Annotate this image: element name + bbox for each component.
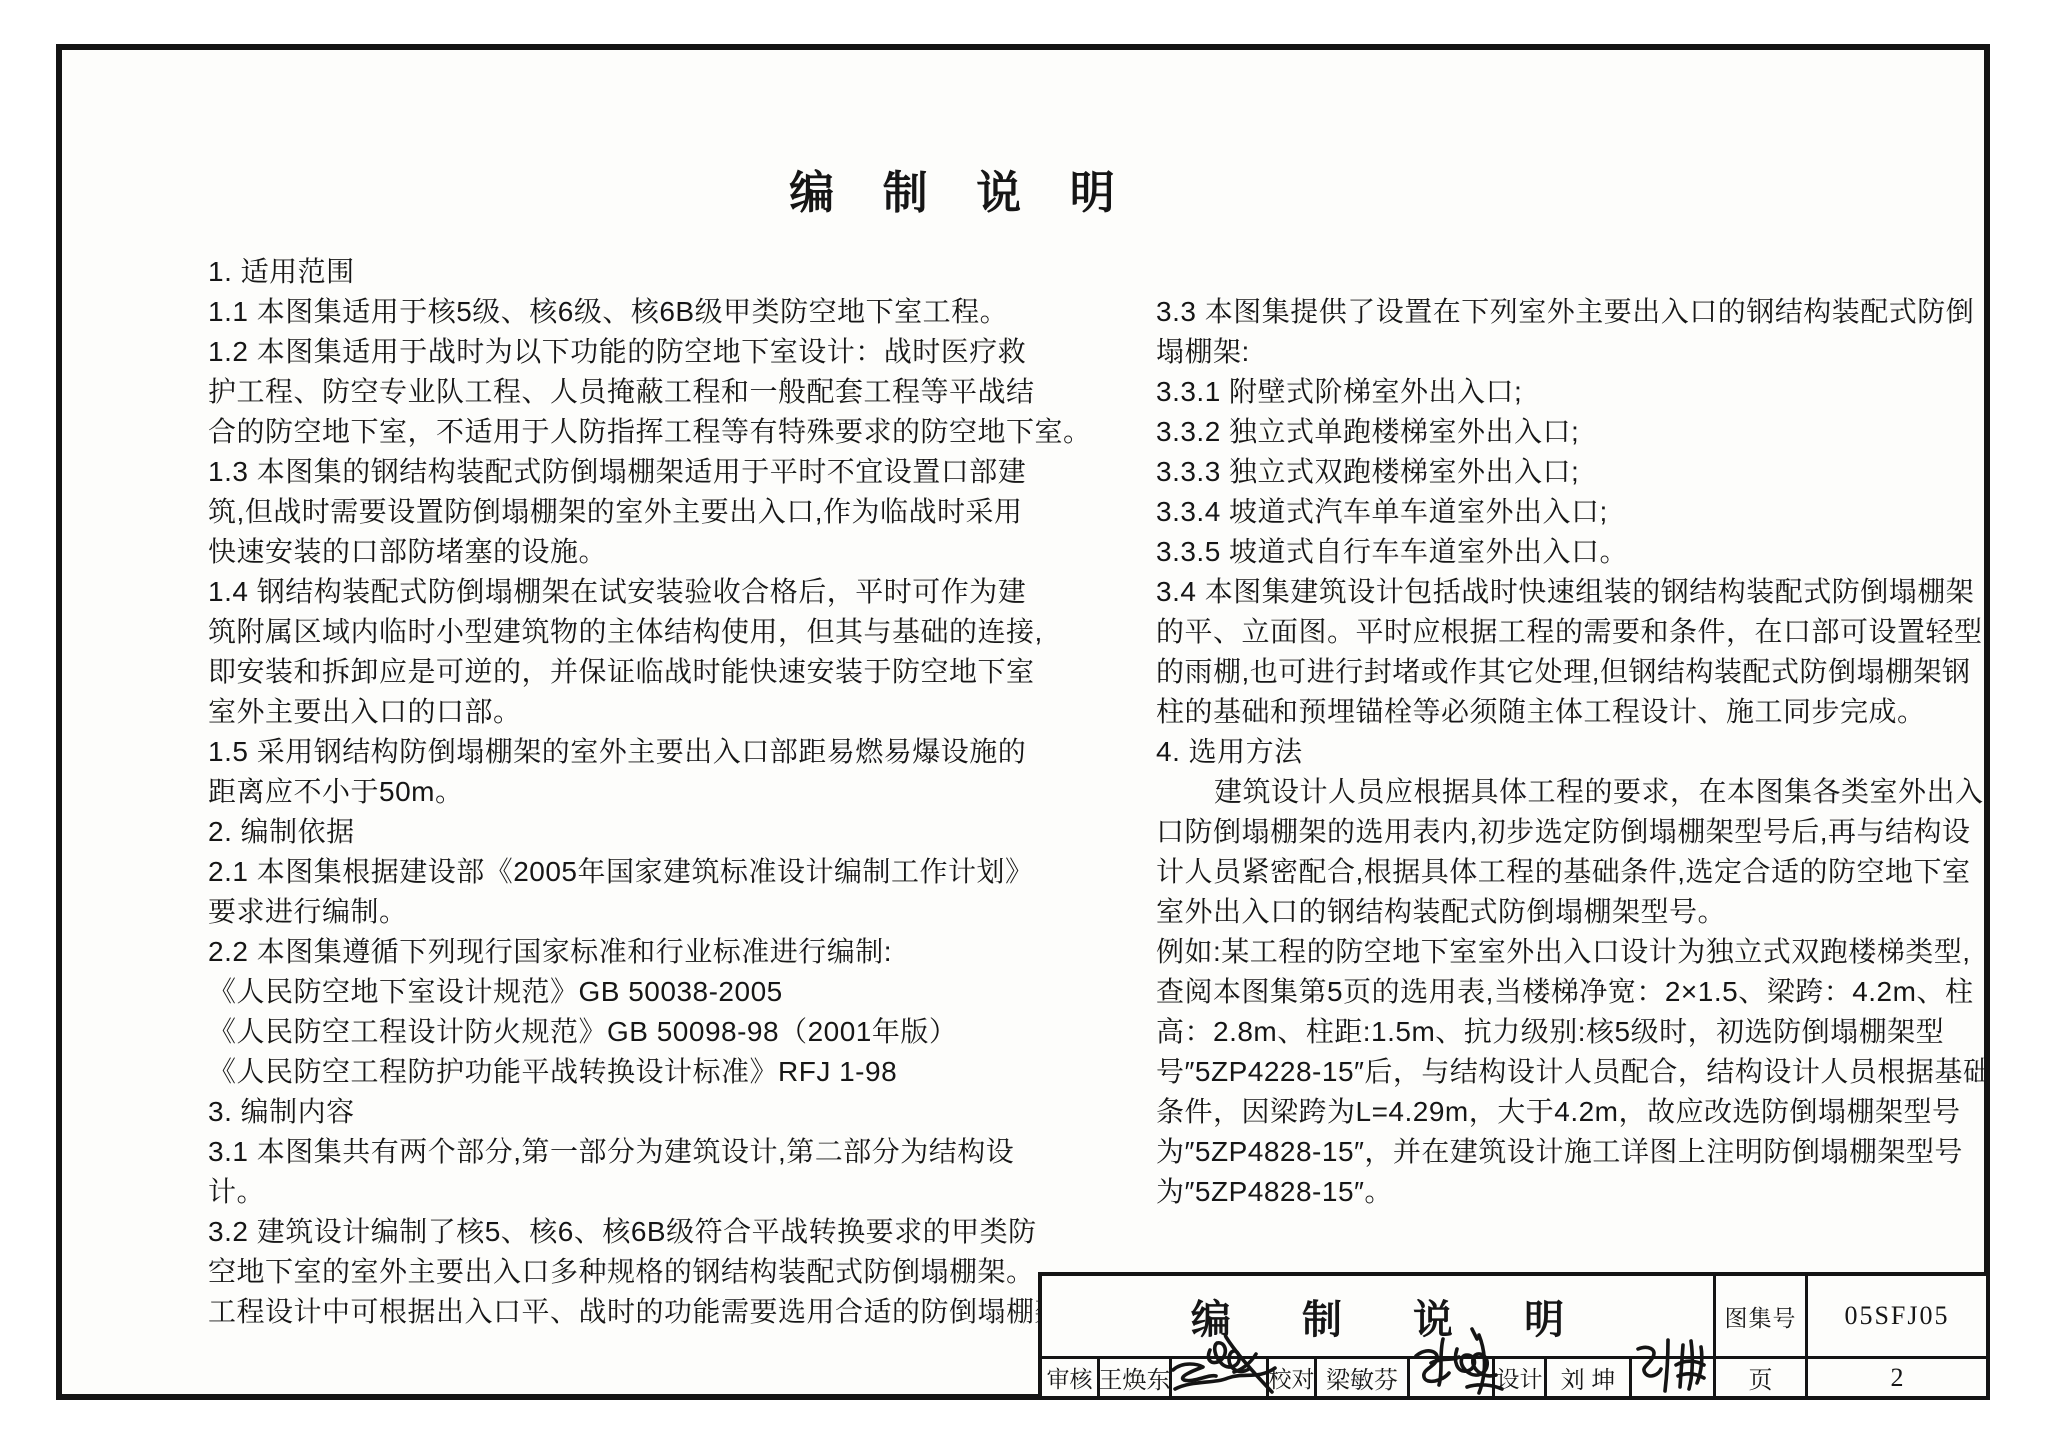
text-line: 3.3.4 坡道式汽车单车道室外出入口; [1156, 492, 2024, 532]
text-line: 合的防空地下室，不适用于人防指挥工程等有特殊要求的防空地下室。 [208, 412, 1068, 452]
text-line: 3. 编制内容 [208, 1092, 1068, 1132]
designer-signature-cell [1632, 1359, 1716, 1396]
checker-signature-cell [1410, 1359, 1495, 1396]
text-line: 4. 选用方法 [1156, 732, 2024, 772]
text-line: 即安装和拆卸应是可逆的，并保证临战时能快速安装于防空地下室 [208, 652, 1068, 692]
text-line: 条件，因梁跨为L=4.29m，大于4.2m，故应改选防倒塌棚架型号 [1156, 1092, 2024, 1132]
page-title: 编 制 说 明 [622, 156, 1282, 216]
text-line: 计人员紧密配合,根据具体工程的基础条件,选定合适的防空地下室 [1156, 852, 2024, 892]
text-line: 室外主要出入口的口部。 [208, 692, 1068, 732]
reviewer-signature-cell [1172, 1359, 1269, 1396]
designer-name: 刘 坤 [1547, 1359, 1632, 1396]
text-line: 为″5ZP4828-15″，并在建筑设计施工详图上注明防倒塌棚架型号 [1156, 1132, 2024, 1172]
text-line: 例如:某工程的防空地下室室外出入口设计为独立式双跑楼梯类型, [1156, 932, 2024, 972]
atlas-number-label: 图集号 [1716, 1276, 1808, 1356]
title-block-top-row: 编 制 说 明 图集号 05SFJ05 [1042, 1276, 1986, 1359]
text-line: 筑附属区域内临时小型建筑物的主体结构使用，但其与基础的连接, [208, 612, 1068, 652]
title-block: 编 制 说 明 图集号 05SFJ05 审核 王焕东 校对 梁敏芬 设计 刘 坤… [1038, 1272, 1990, 1400]
text-line: 筑,但战时需要设置防倒塌棚架的室外主要出入口,作为临战时采用 [208, 492, 1068, 532]
title-block-bottom-row: 审核 王焕东 校对 梁敏芬 设计 刘 坤 页 2 [1042, 1359, 1986, 1396]
text-line: 3.4 本图集建筑设计包括战时快速组装的钢结构装配式防倒塌棚架 [1156, 572, 2024, 612]
text-line: 1.1 本图集适用于核5级、核6级、核6B级甲类防空地下室工程。 [208, 292, 1068, 332]
text-line: 1.5 采用钢结构防倒塌棚架的室外主要出入口部距易燃易爆设施的 [208, 732, 1068, 772]
text-line: 查阅本图集第5页的选用表,当楼梯净宽：2×1.5、梁跨：4.2m、柱 [1156, 972, 2024, 1012]
text-line: 柱的基础和预埋锚栓等必须随主体工程设计、施工同步完成。 [1156, 692, 2024, 732]
text-line: 2.2 本图集遵循下列现行国家标准和行业标准进行编制: [208, 932, 1068, 972]
text-line: 1.2 本图集适用于战时为以下功能的防空地下室设计：战时医疗救 [208, 332, 1068, 372]
text-line: 3.3.5 坡道式自行车车道室外出入口。 [1156, 532, 2024, 572]
text-line: 的雨棚,也可进行封堵或作其它处理,但钢结构装配式防倒塌棚架钢 [1156, 652, 2024, 692]
right-column: 3.3 本图集提供了设置在下列室外主要出入口的钢结构装配式防倒塌棚架:3.3.1… [1156, 292, 2024, 1212]
text-line: 3.1 本图集共有两个部分,第一部分为建筑设计,第二部分为结构设 [208, 1132, 1068, 1172]
text-line: 《人民防空地下室设计规范》GB 50038-2005 [208, 972, 1068, 1012]
text-line: 距离应不小于50m。 [208, 772, 1068, 812]
text-line: 要求进行编制。 [208, 892, 1068, 932]
text-line: 3.3.3 独立式双跑楼梯室外出入口; [1156, 452, 2024, 492]
atlas-number-value: 05SFJ05 [1808, 1276, 1986, 1356]
text-line: 工程设计中可根据出入口平、战时的功能需要选用合适的防倒塌棚架。 [208, 1292, 1068, 1332]
reviewer-label: 审核 [1042, 1359, 1100, 1396]
text-line: 《人民防空工程设计防火规范》GB 50098-98（2001年版） [208, 1012, 1068, 1052]
text-line: 口防倒塌棚架的选用表内,初步选定防倒塌棚架型号后,再与结构设 [1156, 812, 2024, 852]
text-line: 号″5ZP4228-15″后，与结构设计人员配合，结构设计人员根据基础 [1156, 1052, 2024, 1092]
left-column: 1. 适用范围1.1 本图集适用于核5级、核6级、核6B级甲类防空地下室工程。1… [208, 252, 1068, 1332]
text-line: 2. 编制依据 [208, 812, 1068, 852]
text-line: 《人民防空工程防护功能平战转换设计标准》RFJ 1-98 [208, 1052, 1068, 1092]
text-line: 为″5ZP4828-15″。 [1156, 1172, 2024, 1212]
text-line: 3.3 本图集提供了设置在下列室外主要出入口的钢结构装配式防倒 [1156, 292, 2024, 332]
text-line: 建筑设计人员应根据具体工程的要求，在本图集各类室外出入 [1156, 772, 2024, 812]
page-frame: 编 制 说 明 1. 适用范围1.1 本图集适用于核5级、核6级、核6B级甲类防… [56, 44, 1990, 1400]
page-number-value: 2 [1808, 1359, 1986, 1396]
text-line: 3.3.2 独立式单跑楼梯室外出入口; [1156, 412, 2024, 452]
designer-label: 设计 [1495, 1359, 1547, 1396]
text-line: 塌棚架: [1156, 332, 2024, 372]
page-number-label: 页 [1716, 1359, 1808, 1396]
text-line: 2.1 本图集根据建设部《2005年国家建筑标准设计编制工作计划》 [208, 852, 1068, 892]
reviewer-name: 王焕东 [1100, 1359, 1172, 1396]
text-line: 快速安装的口部防堵塞的设施。 [208, 532, 1068, 572]
title-block-title: 编 制 说 明 [1042, 1276, 1716, 1356]
checker-name: 梁敏芬 [1317, 1359, 1410, 1396]
text-line: 1. 适用范围 [208, 252, 1068, 292]
text-line: 1.3 本图集的钢结构装配式防倒塌棚架适用于平时不宜设置口部建 [208, 452, 1068, 492]
text-line: 计。 [208, 1172, 1068, 1212]
text-line: 室外出入口的钢结构装配式防倒塌棚架型号。 [1156, 892, 2024, 932]
text-line: 3.2 建筑设计编制了核5、核6、核6B级符合平战转换要求的甲类防 [208, 1212, 1068, 1252]
text-line: 的平、立面图。平时应根据工程的需要和条件，在口部可设置轻型 [1156, 612, 2024, 652]
text-line: 高：2.8m、柱距:1.5m、抗力级别:核5级时，初选防倒塌棚架型 [1156, 1012, 2024, 1052]
text-line: 空地下室的室外主要出入口多种规格的钢结构装配式防倒塌棚架。 [208, 1252, 1068, 1292]
text-line: 护工程、防空专业队工程、人员掩蔽工程和一般配套工程等平战结 [208, 372, 1068, 412]
checker-label: 校对 [1269, 1359, 1317, 1396]
text-line: 3.3.1 附壁式阶梯室外出入口; [1156, 372, 2024, 412]
text-line: 1.4 钢结构装配式防倒塌棚架在试安装验收合格后，平时可作为建 [208, 572, 1068, 612]
